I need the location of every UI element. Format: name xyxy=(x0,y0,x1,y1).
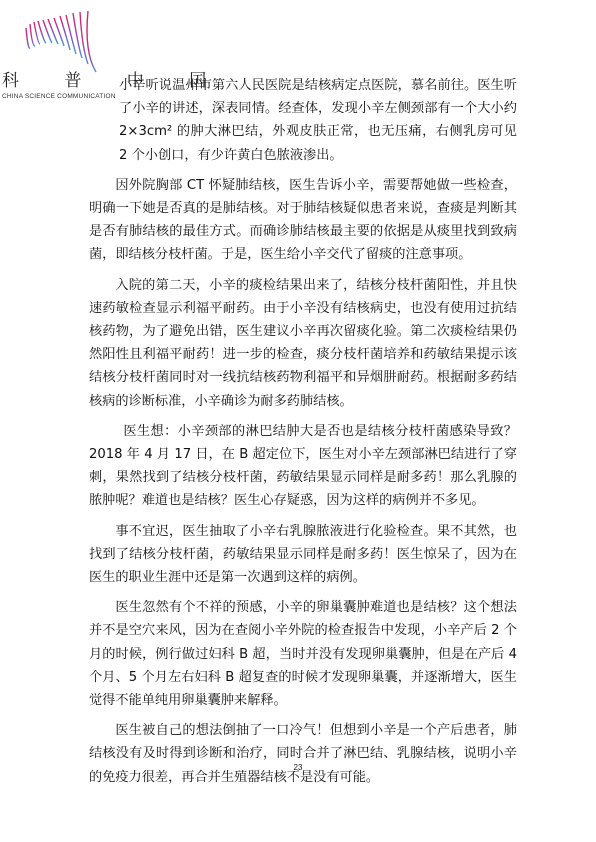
logo-wave-icon xyxy=(18,10,118,75)
paragraph: 医生被自己的想法倒抽了一口冷气！但想到小辛是一个产后患者，肺结核没有及时得到诊断… xyxy=(89,719,517,789)
paragraph: 小辛听说温州市第六人民医院是结核病定点医院，慕名前往。医生听了小辛的讲述，深表同… xyxy=(89,74,517,167)
paragraph: 因外院胸部 CT 怀疑肺结核，医生告诉小辛，需要帮她做一些检查，明确一下她是否真… xyxy=(89,174,517,267)
paragraph: 入院的第二天，小辛的痰检结果出来了，结核分枝杆菌阳性，并且快速药敏检查显示利福平… xyxy=(89,274,517,413)
page-number: 23 xyxy=(0,763,596,772)
paragraph: 事不宜迟，医生抽取了小辛右乳腺脓液进行化验检查。果不其然，也找到了结核分枝杆菌，… xyxy=(89,520,517,590)
paragraph: 医生想：小辛颈部的淋巴结肿大是否也是结核分枝杆菌感染导致？2018 年 4 月 … xyxy=(89,420,517,513)
article-body: 小辛听说温州市第六人民医院是结核病定点医院，慕名前往。医生听了小辛的讲述，深表同… xyxy=(89,74,517,796)
paragraph: 医生忽然有个不祥的预感，小辛的卵巢囊肿难道也是结核？这个想法并不是空穴来风，因为… xyxy=(89,596,517,712)
